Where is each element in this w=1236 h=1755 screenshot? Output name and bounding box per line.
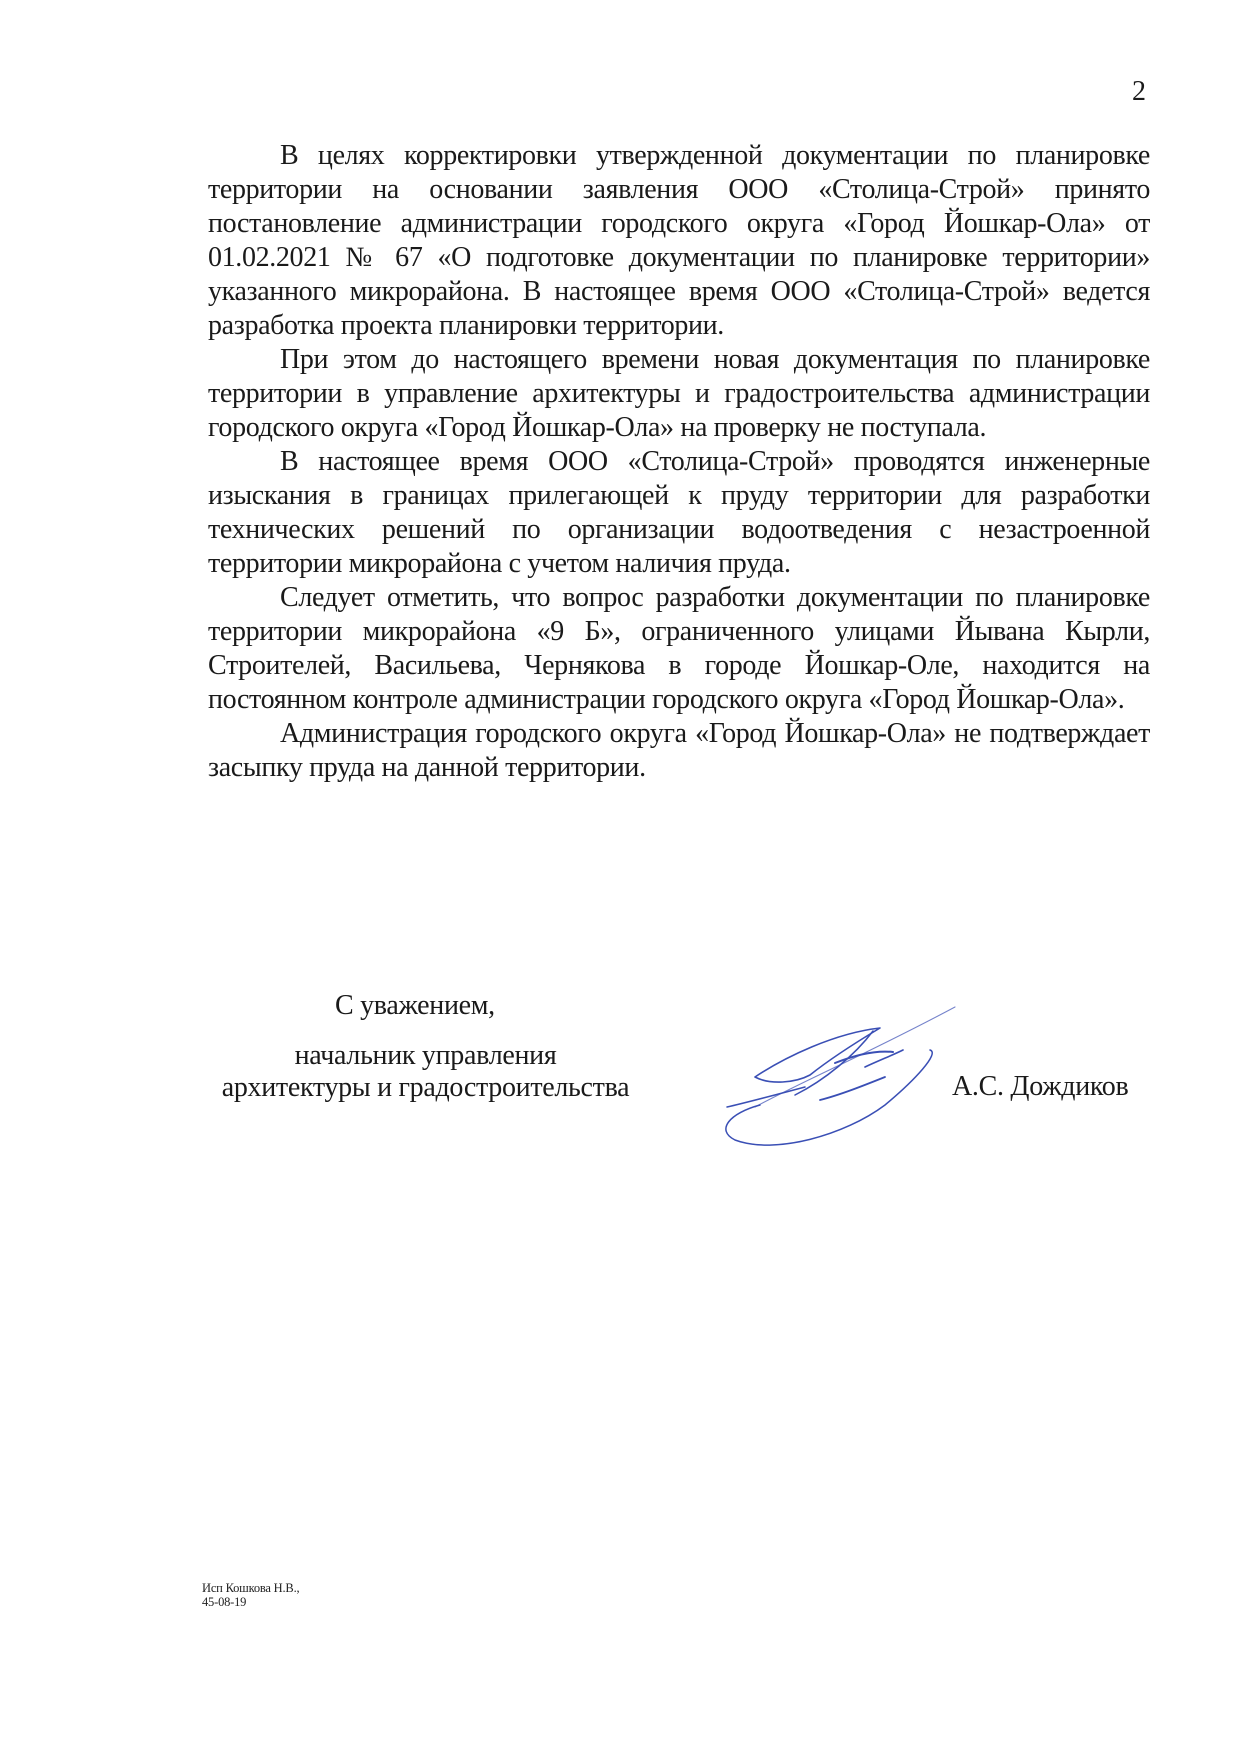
paragraph: В целях корректировки утвержденной докум… <box>208 139 1150 343</box>
executor-phone: 45-08-19 <box>202 1595 299 1609</box>
executor-info: Исп Кошкова Н.В., 45-08-19 <box>202 1581 299 1609</box>
signer-title: начальник управления архитектуры и градо… <box>203 1040 648 1104</box>
paragraph: Следует отметить, что вопрос разработки … <box>208 581 1150 717</box>
executor-name: Исп Кошкова Н.В., <box>202 1581 299 1595</box>
paragraph: В настоящее время ООО «Столица-Строй» пр… <box>208 445 1150 581</box>
paragraph: Администрация городского округа «Город Й… <box>208 717 1150 785</box>
page-number: 2 <box>1132 76 1146 108</box>
signer-name: А.С. Дождиков <box>952 1071 1128 1103</box>
paragraph: При этом до настоящего времени новая док… <box>208 343 1150 445</box>
signer-title-line: начальник управления <box>203 1040 648 1072</box>
letter-body: В целях корректировки утвержденной докум… <box>208 139 1150 785</box>
signature-icon <box>715 995 965 1155</box>
signer-title-line: архитектуры и градостроительства <box>203 1072 648 1104</box>
closing-salutation: С уважением, <box>335 990 495 1022</box>
